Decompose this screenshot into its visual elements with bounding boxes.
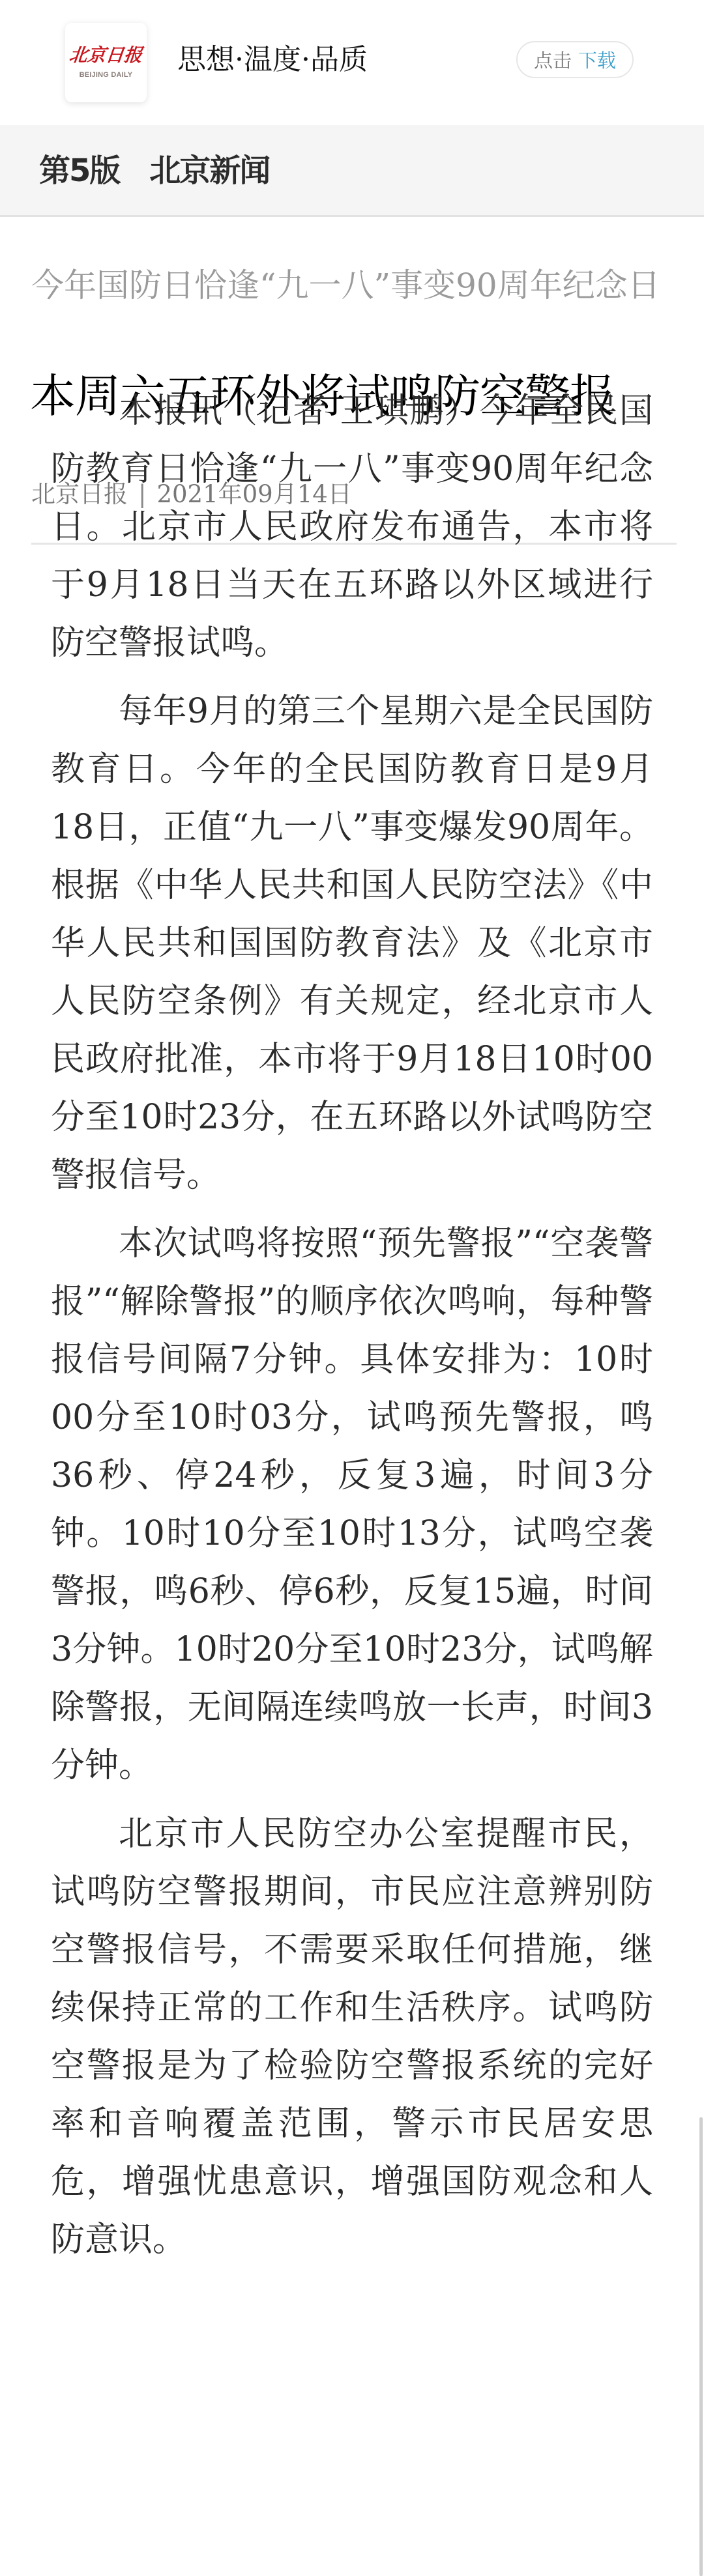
- download-app-button[interactable]: 点击 下载: [516, 41, 634, 78]
- article-paragraph: 本次试鸣将按照“预先警报”“空袭警报”“解除警报”的顺序依次鸣响，每种警报信号间…: [51, 1215, 653, 1795]
- article-paragraph: 本报讯（记者 王琪鹏）今年全民国防教育日恰逢“九一八”事变90周年纪念日。北京市…: [51, 382, 653, 672]
- article-subtitle: 今年国防日恰逢“九一八”事变90周年纪念日: [31, 264, 677, 307]
- logo-chinese-text: 北京日报: [68, 46, 143, 64]
- slogan: 思想·温度·品质: [177, 40, 368, 79]
- download-button-prefix: 点击: [534, 46, 572, 73]
- download-button-label: 下载: [578, 46, 616, 73]
- beijing-daily-logo[interactable]: 北京日报 BEIJING DAILY: [65, 23, 147, 102]
- article-paragraph: 每年9月的第三个星期六是全民国防教育日。今年的全民国防教育日是9月18日，正值“…: [51, 683, 653, 1205]
- app-header: 北京日报 BEIJING DAILY 思想·温度·品质 点击 下载: [0, 0, 704, 125]
- article-body: 本报讯（记者 王琪鹏）今年全民国防教育日恰逢“九一八”事变90周年纪念日。北京市…: [51, 382, 653, 2280]
- section-bar: 第5版 北京新闻: [0, 125, 704, 217]
- logo-english-text: BEIJING DAILY: [80, 71, 133, 79]
- article-paragraph: 北京市人民防空办公室提醒市民，试鸣防空警报期间，市民应注意辨别防空警报信号，不需…: [51, 1805, 653, 2269]
- page-scrollbar[interactable]: [699, 2117, 703, 2576]
- section-title: 第5版 北京新闻: [39, 150, 269, 192]
